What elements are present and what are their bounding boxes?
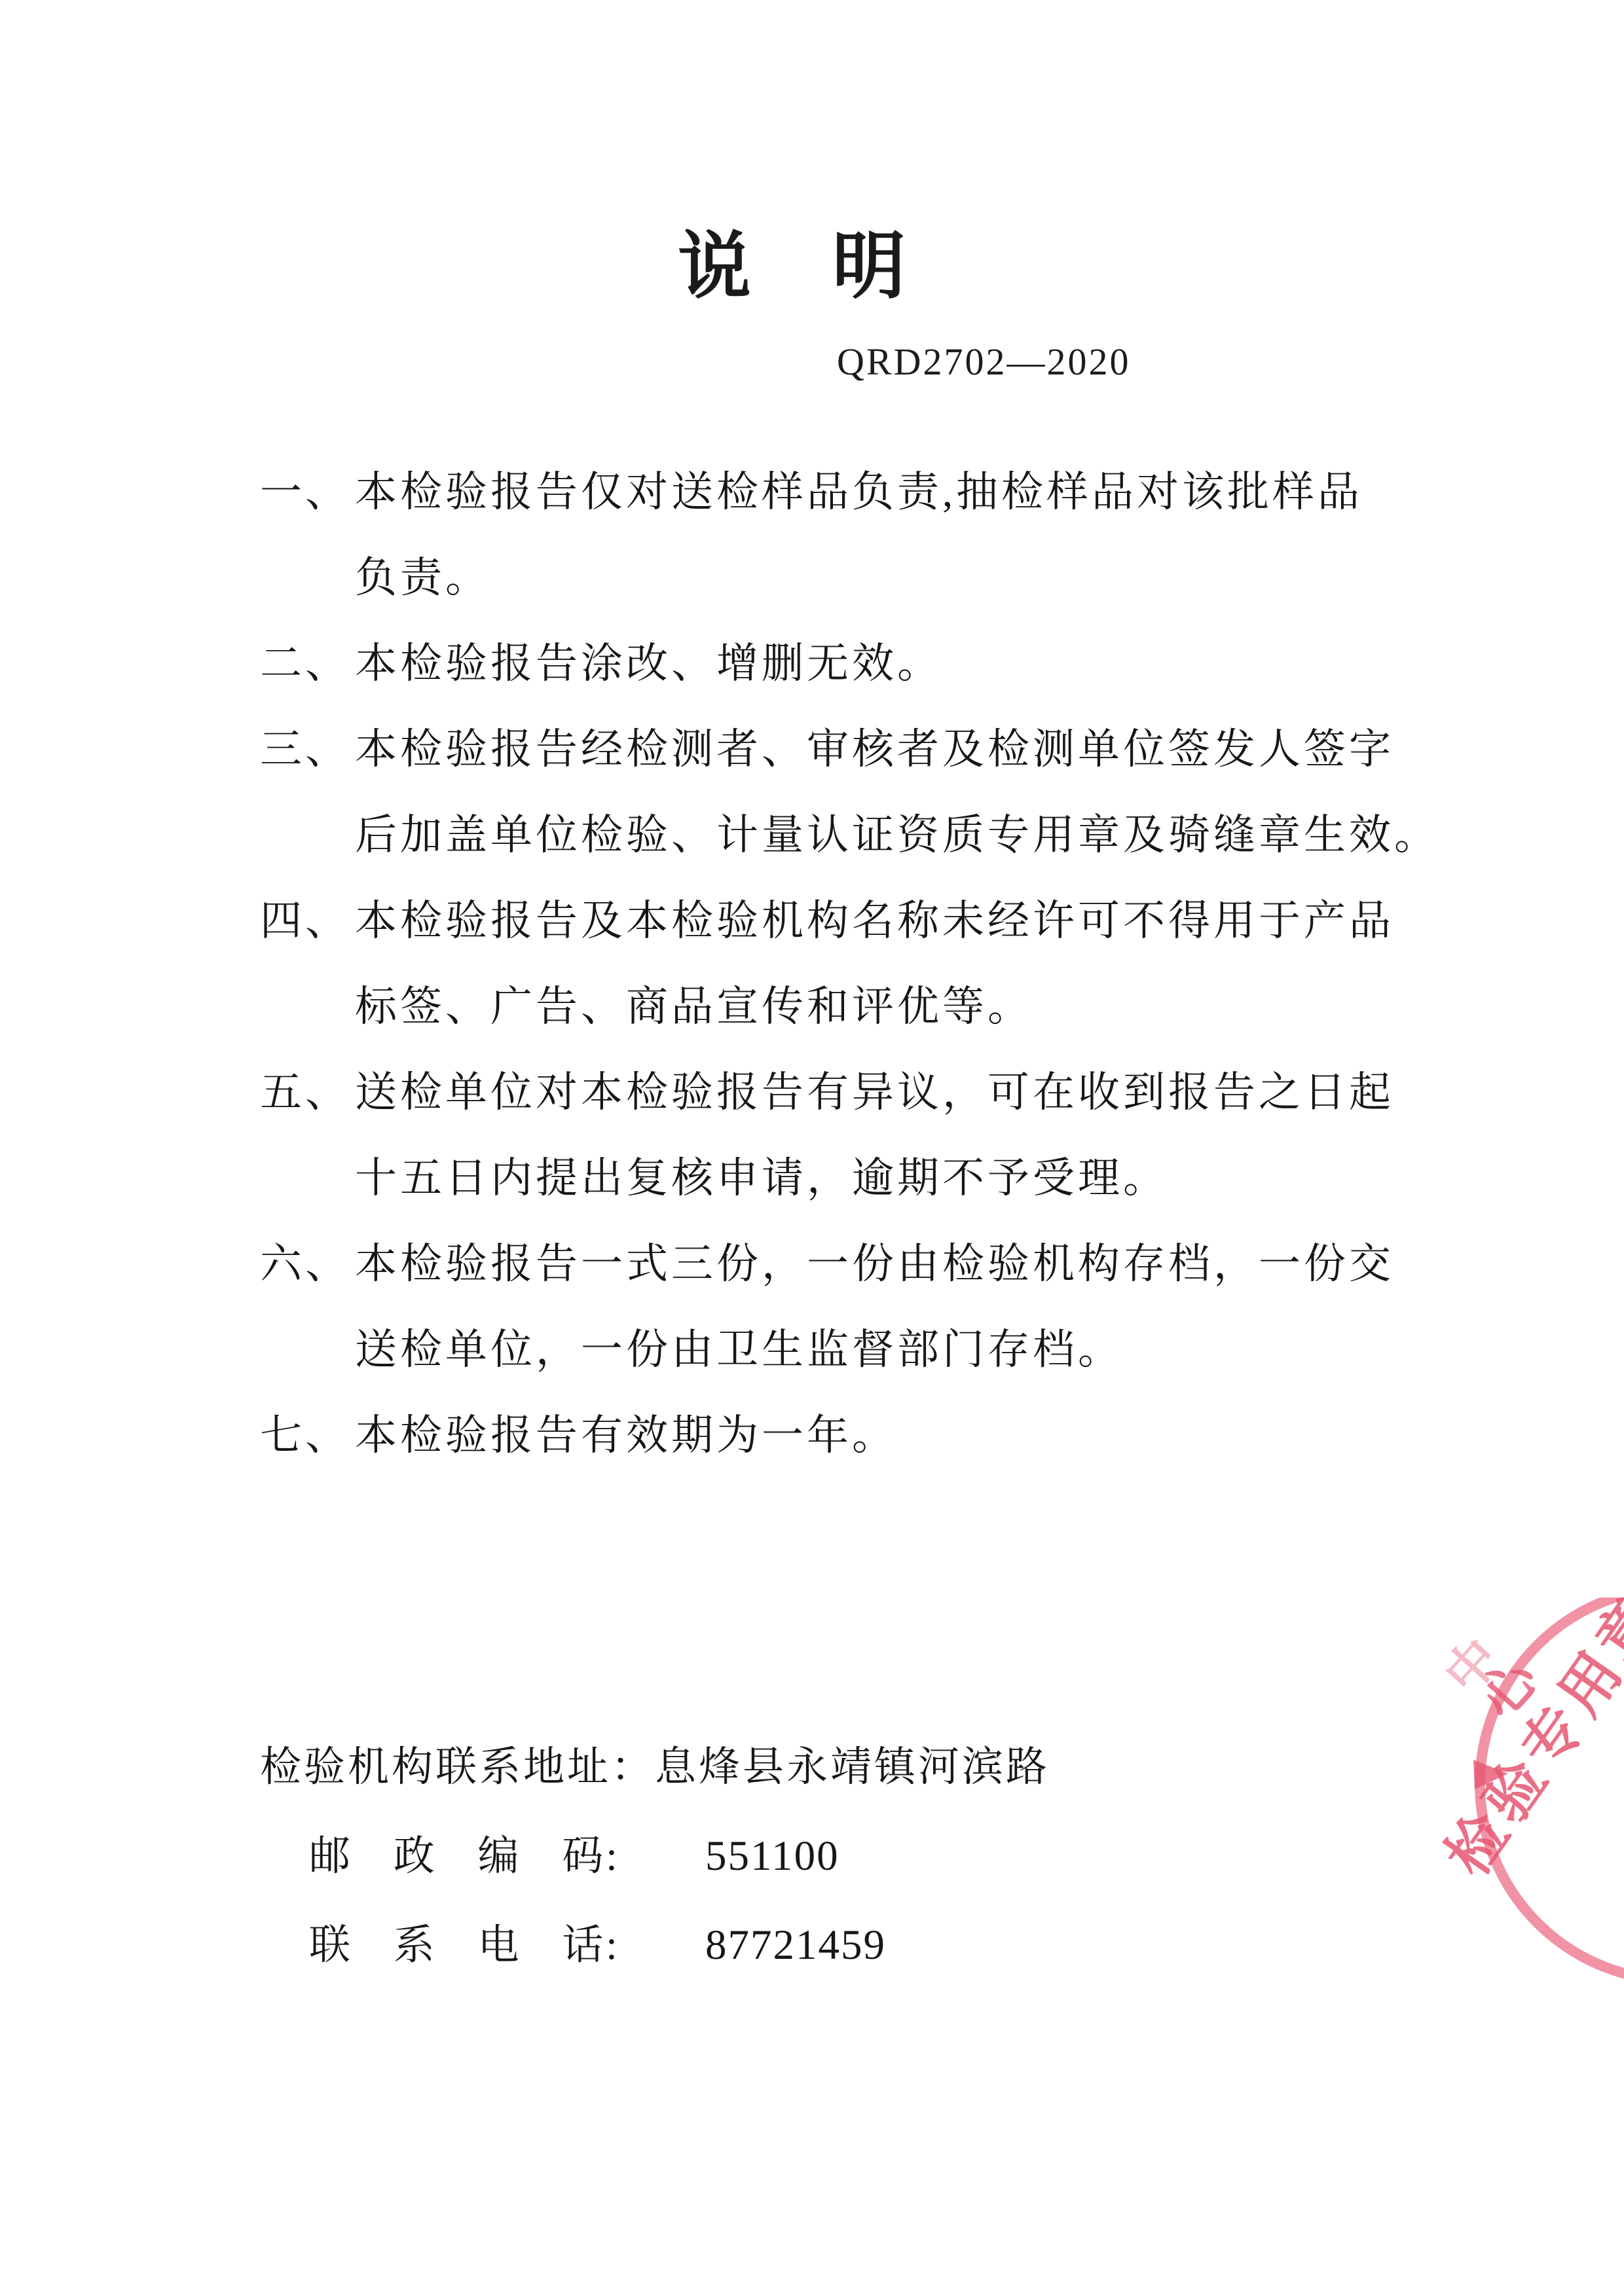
postcode-label: 邮 政 编 码:: [309, 1834, 705, 1878]
note-number: 三、: [260, 706, 355, 878]
note-line: 十五日内提出复核申请，逾期不予受理。: [355, 1135, 1624, 1221]
phone-value: 87721459: [705, 1923, 886, 1967]
note-line: 本检验报告及本检验机构名称未经许可不得用于产品: [355, 878, 1624, 964]
note-line: 送检单位对本检验报告有异议，可在收到报告之日起: [355, 1049, 1624, 1135]
note-number: 六、: [260, 1221, 355, 1393]
note-item-2: 二、 本检验报告涂改、增删无效。: [0, 621, 1624, 706]
report-notes-page: 说 明 QRD2702—2020 一、 本检验报告仅对送检样品负责,抽检样品对该…: [0, 0, 1624, 2296]
note-number: 一、: [260, 449, 355, 621]
note-line: 本检验报告经检测者、审核者及检测单位签发人签字: [355, 706, 1624, 792]
note-line: 后加盖单位检验、计量认证资质专用章及骑缝章生效。: [355, 792, 1624, 878]
note-item-5: 五、 送检单位对本检验报告有异议，可在收到报告之日起 十五日内提出复核申请，逾期…: [0, 1049, 1624, 1221]
address-label: 检验机构联系地址：: [260, 1744, 655, 1790]
note-item-4: 四、 本检验报告及本检验机构名称未经许可不得用于产品 标签、广告、商品宣传和评优…: [0, 878, 1624, 1049]
note-line: 标签、广告、商品宣传和评优等。: [355, 964, 1624, 1049]
note-number: 七、: [260, 1393, 355, 1478]
note-number: 五、: [260, 1049, 355, 1221]
note-text: 本检验报告及本检验机构名称未经许可不得用于产品 标签、广告、商品宣传和评优等。: [355, 878, 1624, 1049]
note-line: 本检验报告仅对送检样品负责,抽检样品对该批样品: [355, 449, 1624, 535]
note-item-6: 六、 本检验报告一式三份，一份由检验机构存档，一份交 送检单位，一份由卫生监督部…: [0, 1221, 1624, 1393]
stamp-arc-char: 心: [1468, 1647, 1551, 1730]
contact-address-row: 检验机构联系地址：息烽县永靖镇河滨路: [260, 1745, 1624, 1789]
note-number: 四、: [260, 878, 355, 1049]
note-line: 本检验报告涂改、增删无效。: [355, 621, 1624, 706]
stamp-arc-char-partial: 中: [1434, 1628, 1511, 1704]
note-text: 本检验报告一式三份，一份由检验机构存档，一份交 送检单位，一份由卫生监督部门存档…: [355, 1221, 1624, 1393]
page-title: 说 明: [0, 0, 1606, 300]
note-text: 本检验报告仅对送检样品负责,抽检样品对该批样品 负责。: [355, 449, 1624, 621]
contact-postcode-row: 邮 政 编 码: 551100: [309, 1834, 1624, 1878]
note-line: 本检验报告一式三份，一份由检验机构存档，一份交: [355, 1221, 1624, 1307]
note-item-3: 三、 本检验报告经检测者、审核者及检测单位签发人签字 后加盖单位检验、计量认证资…: [0, 706, 1624, 878]
note-text: 本检验报告涂改、增删无效。: [355, 621, 1624, 706]
postcode-value: 551100: [705, 1834, 840, 1878]
note-text: 本检验报告有效期为一年。: [355, 1393, 1624, 1478]
note-item-1: 一、 本检验报告仅对送检样品负责,抽检样品对该批样品 负责。: [0, 449, 1624, 621]
note-line: 负责。: [355, 535, 1624, 621]
address-value: 息烽县永靖镇河滨路: [655, 1744, 1050, 1790]
contact-phone-row: 联 系 电 话: 87721459: [309, 1923, 1624, 1967]
note-line: 送检单位，一份由卫生监督部门存档。: [355, 1307, 1624, 1393]
contact-block: 检验机构联系地址：息烽县永靖镇河滨路 邮 政 编 码: 551100 联 系 电…: [0, 1745, 1624, 1967]
phone-label: 联 系 电 话:: [309, 1923, 705, 1967]
note-item-7: 七、 本检验报告有效期为一年。: [0, 1393, 1624, 1478]
note-text: 送检单位对本检验报告有异议，可在收到报告之日起 十五日内提出复核申请，逾期不予受…: [355, 1049, 1624, 1221]
notes-list: 一、 本检验报告仅对送检样品负责,抽检样品对该批样品 负责。 二、 本检验报告涂…: [0, 449, 1624, 1478]
document-number: QRD2702—2020: [837, 346, 1130, 378]
note-line: 本检验报告有效期为一年。: [355, 1393, 1624, 1478]
note-number: 二、: [260, 621, 355, 706]
note-text: 本检验报告经检测者、审核者及检测单位签发人签字 后加盖单位检验、计量认证资质专用…: [355, 706, 1624, 878]
